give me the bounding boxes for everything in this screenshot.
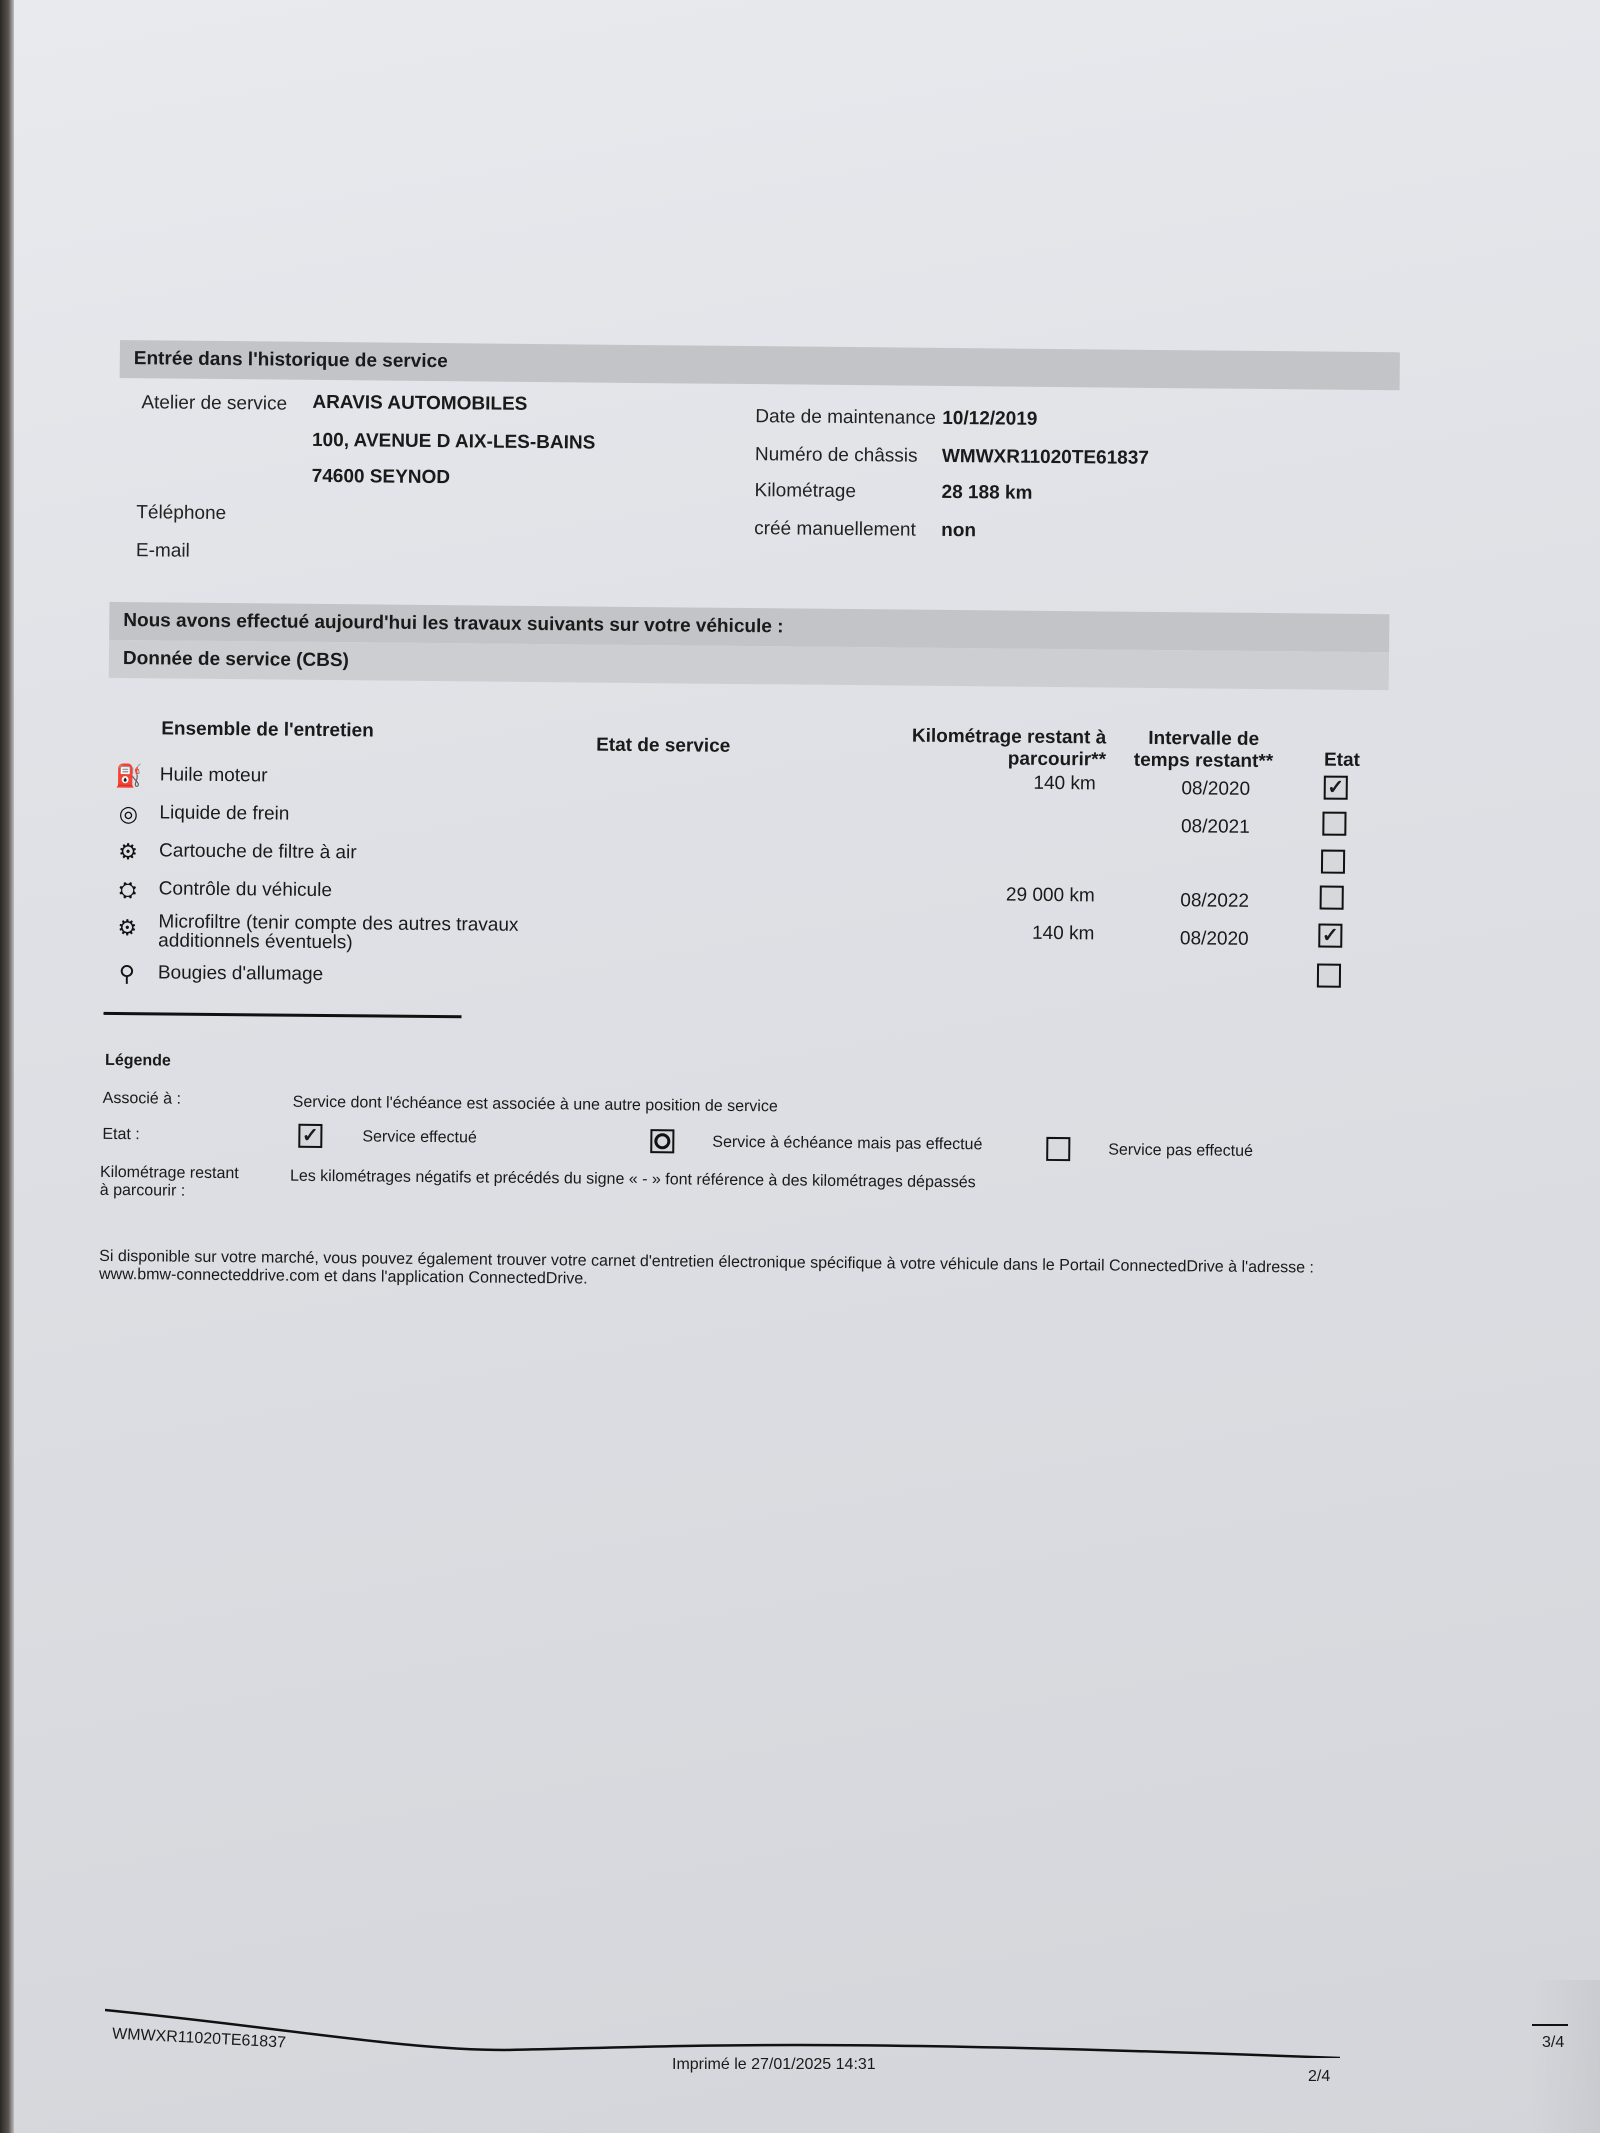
time-remaining: 08/2020 bbox=[1166, 778, 1266, 801]
status-checkbox-empty bbox=[1317, 964, 1341, 988]
cbs-title: Donnée de service (CBS) bbox=[123, 648, 349, 671]
workshop-address: 100, AVENUE D AIX-LES-BAINS bbox=[312, 430, 595, 455]
chassis-number: WMWXR11020TE61837 bbox=[942, 446, 1149, 470]
mileage-value: 28 188 km bbox=[941, 482, 1032, 505]
air-filter-icon: ⚙ bbox=[111, 838, 145, 866]
legend-status-done: Service effectué bbox=[362, 1128, 477, 1147]
table-row-label: Cartouche de filtre à air bbox=[159, 840, 357, 864]
email-label: E-mail bbox=[136, 540, 190, 563]
table-row-label: Bougies d'allumage bbox=[158, 962, 323, 986]
footer-page-number: 2/4 bbox=[1308, 2068, 1330, 2086]
microfilter-icon: ⚙ bbox=[110, 914, 144, 942]
km-remaining: 140 km bbox=[936, 772, 1096, 796]
chassis-label: Numéro de châssis bbox=[755, 444, 918, 468]
workshop-name: ARAVIS AUTOMOBILES bbox=[312, 392, 527, 416]
photo-edge bbox=[0, 0, 14, 2133]
legend-due-box-icon bbox=[650, 1129, 674, 1153]
mileage-label: Kilométrage bbox=[754, 480, 856, 503]
time-remaining: 08/2021 bbox=[1165, 816, 1265, 839]
legend-status-due: Service à échéance mais pas effectué bbox=[712, 1134, 982, 1155]
manual-value: non bbox=[941, 520, 976, 542]
service-history-page: Entrée dans l'historique de service Atel… bbox=[120, 340, 1400, 352]
legend-title: Légende bbox=[105, 1052, 171, 1071]
time-remaining: 08/2020 bbox=[1164, 928, 1264, 951]
table-row-label: Contrôle du véhicule bbox=[159, 878, 332, 902]
brake-fluid-icon: ◎ bbox=[111, 800, 145, 828]
legend-km-text: Les kilométrages négatifs et précédés du… bbox=[290, 1168, 976, 1193]
legend-status-not-done: Service pas effectué bbox=[1108, 1142, 1253, 1161]
status-checkbox-checked: ✓ bbox=[1318, 924, 1342, 948]
separator-line bbox=[104, 1012, 462, 1018]
status-checkbox-empty bbox=[1320, 886, 1344, 910]
time-remaining: 08/2022 bbox=[1165, 890, 1265, 913]
table-row-label: Liquide de frein bbox=[159, 802, 289, 825]
status-checkbox-checked: ✓ bbox=[1324, 776, 1348, 800]
legend-checked-box-icon: ✓ bbox=[298, 1124, 322, 1148]
legend-empty-box-icon bbox=[1046, 1137, 1070, 1161]
col-km-header: Kilométrage restant à parcourir** bbox=[886, 725, 1106, 771]
col-item-header: Ensemble de l'entretien bbox=[161, 718, 374, 742]
status-checkbox-empty bbox=[1322, 812, 1346, 836]
footer-printed: Imprimé le 27/01/2025 14:31 bbox=[672, 2056, 876, 2074]
page-shadow bbox=[1530, 1980, 1600, 2133]
workshop-label: Atelier de service bbox=[141, 392, 287, 415]
maintenance-date: 10/12/2019 bbox=[942, 408, 1037, 431]
footer-line bbox=[105, 2008, 1340, 2058]
history-section-header: Entrée dans l'historique de service bbox=[120, 340, 1400, 390]
legend-status-label: Etat : bbox=[102, 1126, 140, 1144]
table-row-label: Microfiltre (tenir compte des autres tra… bbox=[158, 912, 598, 954]
col-service-status-header: Etat de service bbox=[596, 735, 730, 758]
next-page-number: 3/4 bbox=[1542, 2034, 1564, 2052]
workshop-city: 74600 SEYNOD bbox=[312, 466, 451, 489]
status-checkbox-empty bbox=[1321, 850, 1345, 874]
oil-can-icon: ⛽ bbox=[112, 762, 146, 790]
col-time-header: Intervalle de temps restant** bbox=[1126, 728, 1281, 773]
phone-label: Téléphone bbox=[136, 502, 226, 525]
maintenance-date-label: Date de maintenance bbox=[755, 406, 936, 430]
km-remaining: 140 km bbox=[934, 922, 1094, 946]
legend-associated-label: Associé à : bbox=[103, 1090, 181, 1109]
work-title: Nous avons effectué aujourd'hui les trav… bbox=[123, 610, 783, 637]
spark-plug-icon: ⚲ bbox=[110, 960, 144, 988]
km-remaining: 29 000 km bbox=[935, 884, 1095, 908]
footer bbox=[105, 2008, 1340, 2058]
vehicle-lift-icon: ⛭ bbox=[111, 876, 145, 904]
connecteddrive-note: Si disponible sur votre marché, vous pou… bbox=[99, 1248, 1319, 1296]
history-title: Entrée dans l'historique de service bbox=[134, 348, 448, 372]
table-row-label: Huile moteur bbox=[160, 764, 268, 787]
manual-label: créé manuellement bbox=[754, 518, 916, 542]
next-page-line bbox=[1532, 2024, 1568, 2026]
legend-associated-text: Service dont l'échéance est associée à u… bbox=[293, 1094, 778, 1117]
legend-km-label: Kilométrage restant à parcourir : bbox=[100, 1164, 250, 1201]
col-status-header: Etat bbox=[1324, 750, 1360, 772]
